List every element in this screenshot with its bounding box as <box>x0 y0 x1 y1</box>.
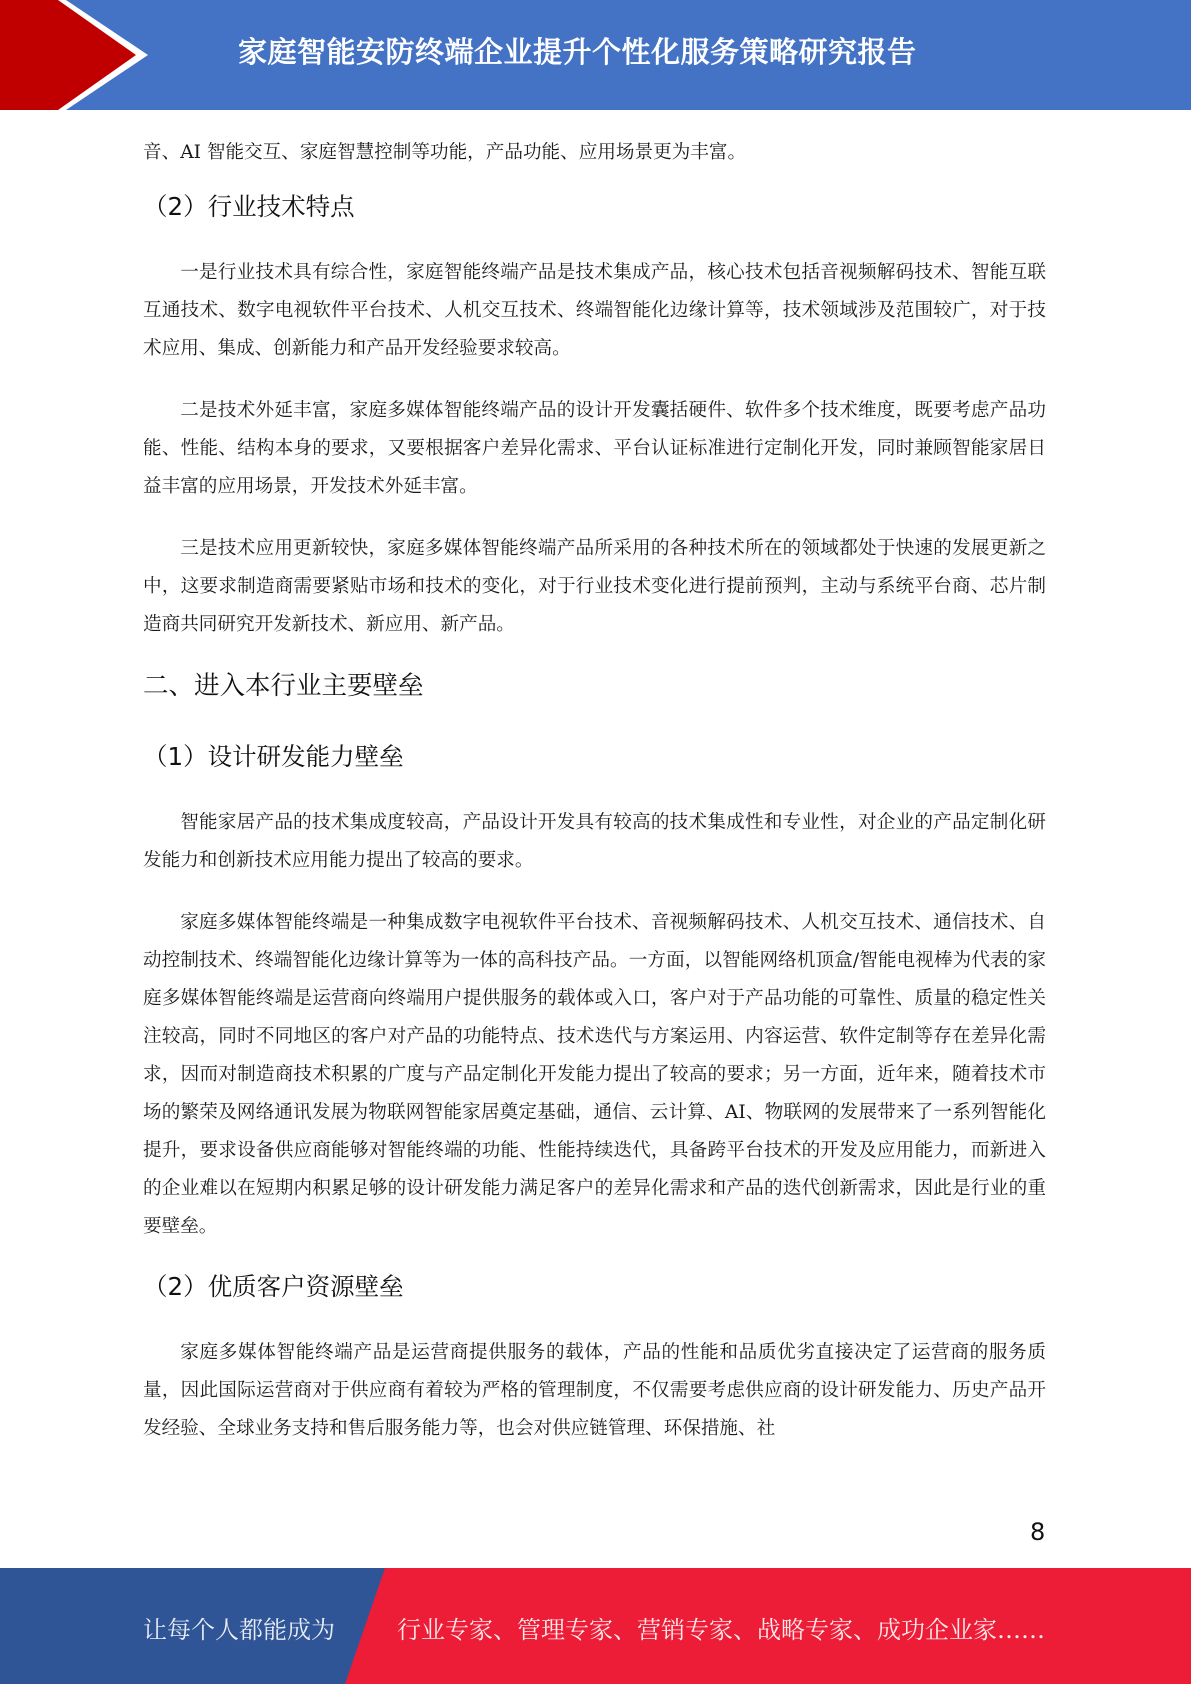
paragraph-rd-intro: 智能家居产品的技术集成度较高，产品设计开发具有较高的技术集成性和专业性，对企业的… <box>143 804 1046 880</box>
section-heading-rd-barrier: （1）设计研发能力壁垒 <box>143 740 1046 774</box>
footer-slogan-right: 行业专家、管理专家、营销专家、战略专家、成功企业家…… <box>397 1610 1045 1645</box>
paragraph-tech-update: 三是技术应用更新较快，家庭多媒体智能终端产品所采用的各种技术所在的领域都处于快速… <box>143 530 1046 644</box>
section-heading-customer-barrier: （2）优质客户资源壁垒 <box>143 1270 1046 1304</box>
page-footer: 让每个人都能成为 行业专家、管理专家、营销专家、战略专家、成功企业家…… <box>0 1568 1191 1684</box>
section-heading-tech-features: （2）行业技术特点 <box>143 190 1046 224</box>
report-title: 家庭智能安防终端企业提升个性化服务策略研究报告 <box>238 30 917 71</box>
paragraph-continued: 音、AI 智能交互、家庭智慧控制等功能，产品功能、应用场景更为丰富。 <box>143 134 1046 172</box>
page-header: 家庭智能安防终端企业提升个性化服务策略研究报告 <box>0 0 1191 110</box>
document-body: 音、AI 智能交互、家庭智慧控制等功能，产品功能、应用场景更为丰富。 （2）行业… <box>143 134 1046 1472</box>
chevron-arrow-icon <box>0 0 160 110</box>
paragraph-customer-detail: 家庭多媒体智能终端产品是运营商提供服务的载体，产品的性能和品质优劣直接决定了运营… <box>143 1334 1046 1448</box>
paragraph-tech-integration: 一是行业技术具有综合性，家庭智能终端产品是技术集成产品，核心技术包括音视频解码技… <box>143 254 1046 368</box>
footer-slogan-left: 让每个人都能成为 <box>143 1610 335 1645</box>
paragraph-tech-extension: 二是技术外延丰富，家庭多媒体智能终端产品的设计开发囊括硬件、软件多个技术维度，既… <box>143 392 1046 506</box>
page-number: 8 <box>1030 1518 1045 1546</box>
chapter-heading-barriers: 二、进入本行业主要壁垒 <box>143 668 1046 704</box>
paragraph-rd-detail: 家庭多媒体智能终端是一种集成数字电视软件平台技术、音视频解码技术、人机交互技术、… <box>143 904 1046 1246</box>
